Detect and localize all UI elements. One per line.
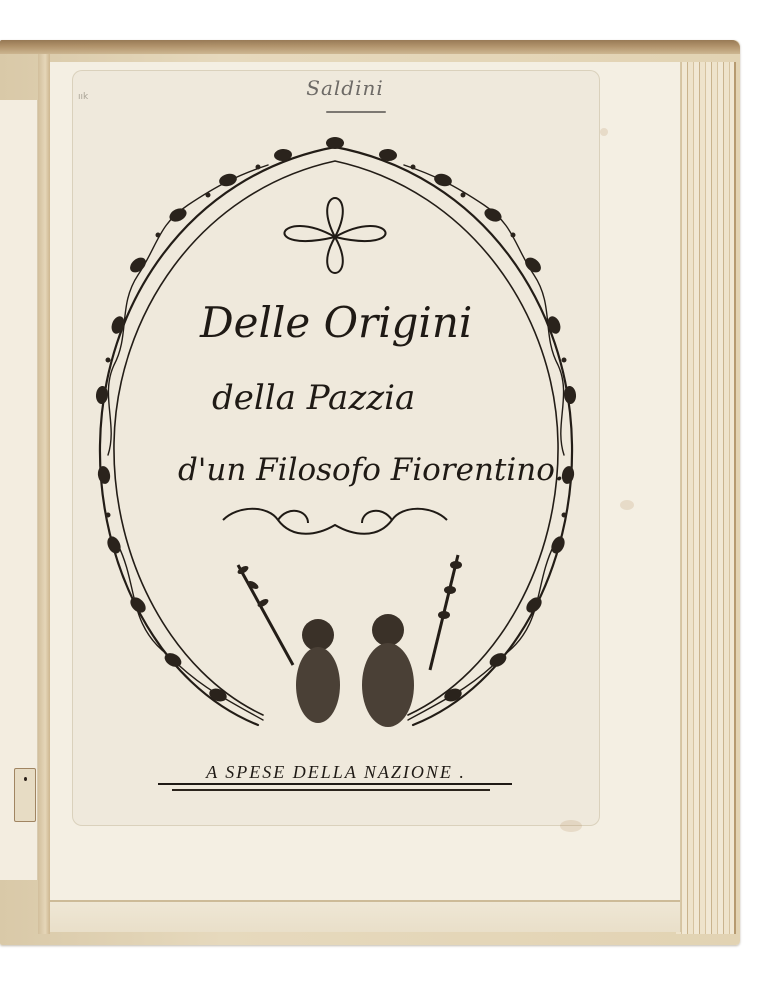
book-hinge	[38, 54, 50, 934]
fore-edge-page-stack	[676, 62, 736, 934]
deckle-edge	[50, 900, 680, 932]
title-line-1: Delle Origini	[200, 298, 472, 347]
owner-inscription: Saldini	[290, 76, 400, 100]
vine-wreath-engraving	[78, 125, 593, 765]
foxing-spot	[600, 128, 608, 136]
imprint-rule-thick	[158, 783, 512, 785]
pencil-note: ıık	[78, 92, 88, 102]
foxing-spot	[620, 500, 634, 510]
inscription-underline	[326, 111, 386, 113]
paper-tab	[14, 768, 36, 822]
title-line-2: della Pazzia	[212, 378, 415, 418]
left-flyleaf	[0, 100, 38, 880]
putti-engraving	[236, 555, 462, 727]
quatrefoil-flourish	[284, 198, 385, 273]
title-line-3: d'un Filosofo Fiorentino.	[178, 452, 564, 488]
imprint-line: A SPESE DELLA NAZIONE .	[160, 762, 512, 783]
foxing-spot	[560, 820, 582, 832]
binding-top-edge	[0, 40, 740, 54]
scroll-flourish	[223, 509, 447, 534]
imprint-rule-thin	[172, 789, 490, 791]
